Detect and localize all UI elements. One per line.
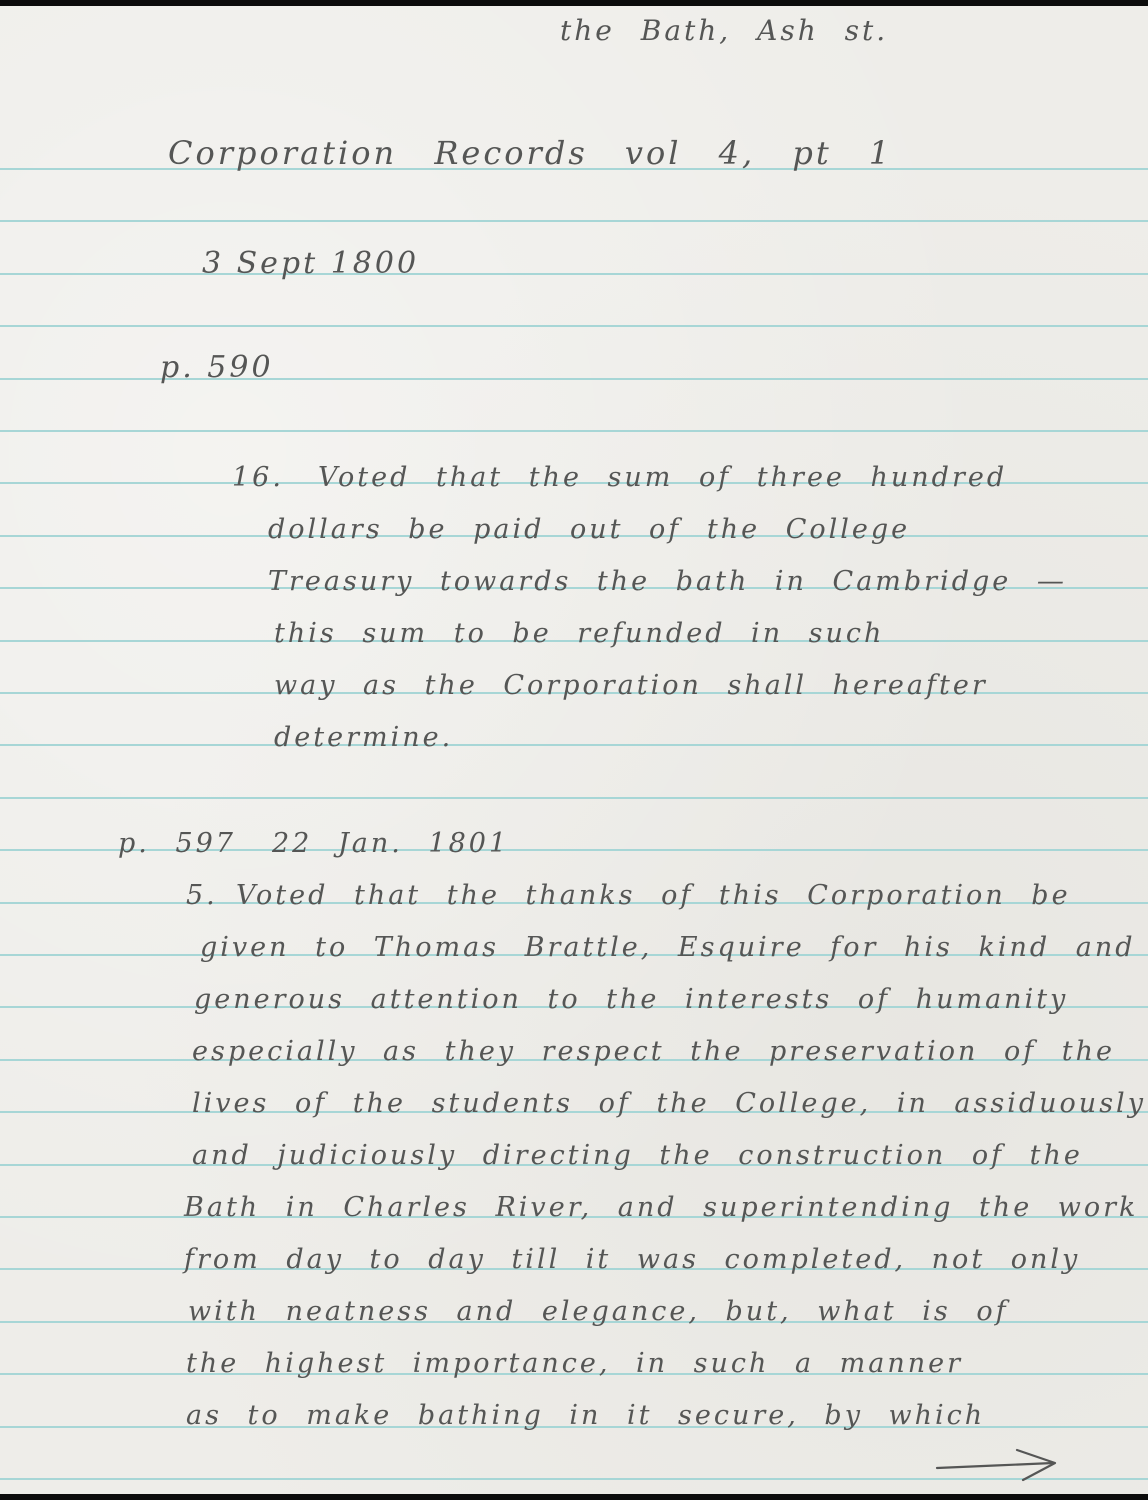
entry-2-line: and judiciously directing the constructi…	[192, 1140, 1083, 1171]
notebook-page: the Bath, Ash st. Corporation Records vo…	[0, 6, 1148, 1494]
entry-2-line: with neatness and elegance, but, what is…	[188, 1296, 1009, 1327]
entry-1-line: this sum to be refunded in such	[274, 618, 884, 649]
entry-2-line: especially as they respect the preservat…	[192, 1036, 1115, 1067]
ruled-line	[0, 797, 1148, 799]
header-note: the Bath, Ash st.	[560, 14, 888, 47]
entry-2-line: as to make bathing in it secure, by whic…	[186, 1400, 985, 1431]
entry-2-line: from day to day till it was completed, n…	[184, 1244, 1080, 1275]
entry-1-line: way as the Corporation shall hereafter	[274, 670, 988, 701]
entry-1-line: dollars be paid out of the College	[268, 514, 910, 545]
entry-2-line: the highest importance, in such a manner	[186, 1348, 963, 1379]
entry-2-date: 22 Jan. 1801	[272, 828, 509, 859]
entry-2-line: generous attention to the interests of h…	[194, 984, 1068, 1015]
entry-2-line: Voted that the thanks of this Corporatio…	[236, 880, 1071, 911]
entry-1-line: determine.	[274, 722, 453, 753]
entry-2-page-ref: p. 597	[118, 828, 236, 859]
entry-2-line: lives of the students of the College, in…	[192, 1088, 1146, 1119]
entry-2-item-number: 5.	[186, 880, 218, 911]
entry-1-date: 3 Sept 1800	[202, 246, 419, 281]
ruled-line	[0, 430, 1148, 432]
ruled-line	[0, 220, 1148, 222]
entry-2-line: given to Thomas Brattle, Esquire for his…	[200, 932, 1136, 963]
entry-1-page-ref: p. 590	[160, 350, 274, 385]
entry-1-item-number: 16.	[232, 462, 284, 493]
entry-1-line: Voted that the sum of three hundred	[318, 462, 1007, 493]
ruled-line	[0, 273, 1148, 275]
ruled-line	[0, 744, 1148, 746]
ruled-line	[0, 325, 1148, 327]
entry-1-line: Treasury towards the bath in Cambridge —	[268, 566, 1067, 597]
entry-2-line: Bath in Charles River, and superintendin…	[184, 1192, 1138, 1223]
document-title: Corporation Records vol 4, pt 1	[168, 134, 892, 172]
arrow-right-icon	[935, 1446, 1060, 1486]
